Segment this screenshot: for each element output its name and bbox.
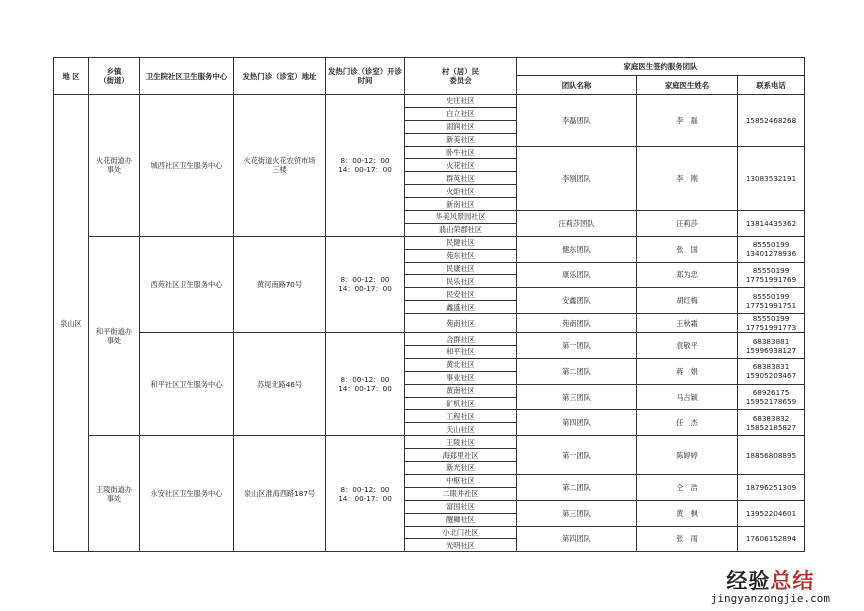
village-committee-cell: 工程社区: [405, 410, 517, 423]
team-name-cell: 康乐团队: [517, 262, 637, 288]
watermark-chinese: 经验总结: [711, 569, 830, 593]
family-doctor-table-container: 地 区 乡镇（街道） 卫生院社区卫生服务中心 发热门诊（诊室）地址 发热门诊（诊…: [53, 57, 805, 552]
doctor-name-cell: 任 杰: [637, 410, 738, 436]
phone-cell: 18796251309: [738, 474, 805, 500]
doctor-name-cell: 李 磊: [637, 95, 738, 147]
village-committee-cell: 新光社区: [405, 462, 517, 475]
health-center-cell: 城西社区卫生服务中心: [140, 95, 234, 237]
doctor-name-cell: 蒋 娟: [637, 358, 738, 384]
team-name-cell: 第三团队: [517, 500, 637, 526]
phone-cell: 18856808895: [738, 436, 805, 475]
header-district: 地 区: [54, 58, 89, 95]
team-name-cell: 第四团队: [517, 410, 637, 436]
header-team-name: 团队名称: [517, 76, 637, 95]
village-committee-cell: 民健社区: [405, 236, 517, 249]
team-name-cell: 第一团队: [517, 333, 637, 359]
village-committee-cell: 群英社区: [405, 172, 517, 185]
phone-cell: 6838383115905203467: [738, 358, 805, 384]
phone-cell: 17606152894: [738, 526, 805, 552]
health-center-cell: 和平社区卫生服务中心: [140, 333, 234, 436]
doctor-name-cell: 李 刚: [637, 146, 738, 210]
doctor-name-cell: 汪莉莎: [637, 211, 738, 237]
team-name-cell: 第二团队: [517, 474, 637, 500]
village-committee-cell: 新南社区: [405, 198, 517, 211]
village-committee-cell: 合群社区: [405, 333, 517, 346]
district-cell: 泉山区: [54, 95, 89, 552]
phone-cell: 8555019917751991769: [738, 262, 805, 288]
team-name-cell: 第三团队: [517, 384, 637, 410]
phone-cell: 6838383215852185827: [738, 410, 805, 436]
village-committee-cell: 矿机社区: [405, 397, 517, 410]
phone-cell: 6838388115996938127: [738, 333, 805, 359]
doctor-name-cell: 袁敬平: [637, 333, 738, 359]
phone-cell: 13952204601: [738, 500, 805, 526]
village-committee-cell: 小北门社区: [405, 526, 517, 539]
doctor-name-cell: 张 雨: [637, 526, 738, 552]
village-committee-cell: 史庄社区: [405, 95, 517, 108]
village-committee-cell: 雨润社区: [405, 120, 517, 133]
village-committee-cell: 华美风景园社区: [405, 211, 517, 224]
village-committee-cell: 黄北社区: [405, 358, 517, 371]
team-name-cell: 李刚团队: [517, 146, 637, 210]
village-committee-cell: 事业社区: [405, 371, 517, 384]
health-center-cell: 西苑社区卫生服务中心: [140, 236, 234, 332]
fever-clinic-address-cell: 黄河南路70号: [234, 236, 326, 332]
fever-clinic-hours-cell: 8：00-12：0014：00-17：00: [326, 95, 405, 237]
village-committee-cell: 中枢社区: [405, 474, 517, 487]
village-committee-cell: 鑫盛社区: [405, 301, 517, 314]
village-committee-cell: 黄南社区: [405, 384, 517, 397]
header-fever-clinic-hours: 发热门诊（诊室）开诊时间: [326, 58, 405, 95]
fever-clinic-address-cell: 泉山区淮海西路187号: [234, 436, 326, 552]
phone-cell: 8555019917751991751: [738, 288, 805, 314]
header-fever-clinic-address: 发热门诊（诊室）地址: [234, 58, 326, 95]
village-committee-cell: 富国社区: [405, 500, 517, 513]
village-committee-cell: 民康社区: [405, 262, 517, 275]
health-center-cell: 永安社区卫生服务中心: [140, 436, 234, 552]
village-committee-cell: 苑南社区: [405, 314, 517, 333]
doctor-name-cell: 黄 枫: [637, 500, 738, 526]
watermark-logo: 经验总结 jingyanzongjie.com: [711, 569, 830, 605]
team-name-cell: 第四团队: [517, 526, 637, 552]
phone-cell: 13083532191: [738, 146, 805, 210]
phone-cell: 6892617515952178659: [738, 384, 805, 410]
village-committee-cell: 海郑里社区: [405, 449, 517, 462]
table-row: 和平街道办事处西苑社区卫生服务中心黄河南路70号8：00-12：0014：00-…: [54, 236, 805, 249]
village-committee-cell: 卧牛社区: [405, 146, 517, 159]
village-committee-cell: 王陵社区: [405, 436, 517, 449]
doctor-name-cell: 王秋霜: [637, 314, 738, 333]
team-name-cell: 李磊团队: [517, 95, 637, 147]
team-name-cell: 健东团队: [517, 236, 637, 262]
doctor-name-cell: 陈婷婷: [637, 436, 738, 475]
header-doctor-name: 家庭医生姓名: [637, 76, 738, 95]
header-town: 乡镇（街道）: [89, 58, 140, 95]
doctor-name-cell: 张 国: [637, 236, 738, 262]
fever-clinic-address-cell: 苏堤北路46号: [234, 333, 326, 436]
team-name-cell: 汪莉莎团队: [517, 211, 637, 237]
doctor-name-cell: 郑为忠: [637, 262, 738, 288]
village-committee-cell: 天山社区: [405, 423, 517, 436]
village-committee-cell: 醒狮社区: [405, 513, 517, 526]
header-health-center: 卫生院社区卫生服务中心: [140, 58, 234, 95]
village-committee-cell: 白立社区: [405, 107, 517, 120]
village-committee-cell: 民乐社区: [405, 275, 517, 288]
fever-clinic-hours-cell: 8：00-12：0014：00-17：00: [326, 236, 405, 332]
table-row: 泉山区火花街道办事处城西社区卫生服务中心火花街道火花农贸市场三楼8：00-12：…: [54, 95, 805, 108]
village-committee-cell: 翡山荣郡社区: [405, 223, 517, 236]
doctor-name-cell: 马占颖: [637, 384, 738, 410]
fever-clinic-hours-cell: 8：00-12：0014：00-17：00: [326, 333, 405, 436]
phone-cell: 8555019913401278936: [738, 236, 805, 262]
team-name-cell: 安鑫团队: [517, 288, 637, 314]
table-row: 和平社区卫生服务中心苏堤北路46号8：00-12：0014：00-17：00合群…: [54, 333, 805, 346]
village-committee-cell: 苑东社区: [405, 249, 517, 262]
family-doctor-service-table: 地 区 乡镇（街道） 卫生院社区卫生服务中心 发热门诊（诊室）地址 发热门诊（诊…: [53, 57, 805, 552]
phone-cell: 15852468268: [738, 95, 805, 147]
header-phone: 联系电话: [738, 76, 805, 95]
header-family-doctor-group: 家庭医生签约服务团队: [517, 58, 805, 76]
fever-clinic-hours-cell: 8：00-12：0014：00-17：00: [326, 436, 405, 552]
phone-cell: 8555019917751991773: [738, 314, 805, 333]
team-name-cell: 第二团队: [517, 358, 637, 384]
town-cell: 和平街道办事处: [89, 236, 140, 435]
header-village-committee: 村（居）民委员会: [405, 58, 517, 95]
village-committee-cell: 民安社区: [405, 288, 517, 301]
watermark-url: jingyanzongjie.com: [711, 593, 830, 605]
village-committee-cell: 和平社区: [405, 346, 517, 359]
team-name-cell: 第一团队: [517, 436, 637, 475]
village-committee-cell: 新美社区: [405, 133, 517, 146]
village-committee-cell: 光明社区: [405, 539, 517, 552]
phone-cell: 13814435362: [738, 211, 805, 237]
town-cell: 王陵街道办事处: [89, 436, 140, 552]
fever-clinic-address-cell: 火花街道火花农贸市场三楼: [234, 95, 326, 237]
table-row: 王陵街道办事处永安社区卫生服务中心泉山区淮海西路187号8：00-12：0014…: [54, 436, 805, 449]
doctor-name-cell: 仝 浩: [637, 474, 738, 500]
doctor-name-cell: 胡红梅: [637, 288, 738, 314]
village-committee-cell: 火花社区: [405, 159, 517, 172]
town-cell: 火花街道办事处: [89, 95, 140, 237]
village-committee-cell: 二眼井社区: [405, 487, 517, 500]
village-committee-cell: 火炬社区: [405, 185, 517, 198]
team-name-cell: 苑南团队: [517, 314, 637, 333]
